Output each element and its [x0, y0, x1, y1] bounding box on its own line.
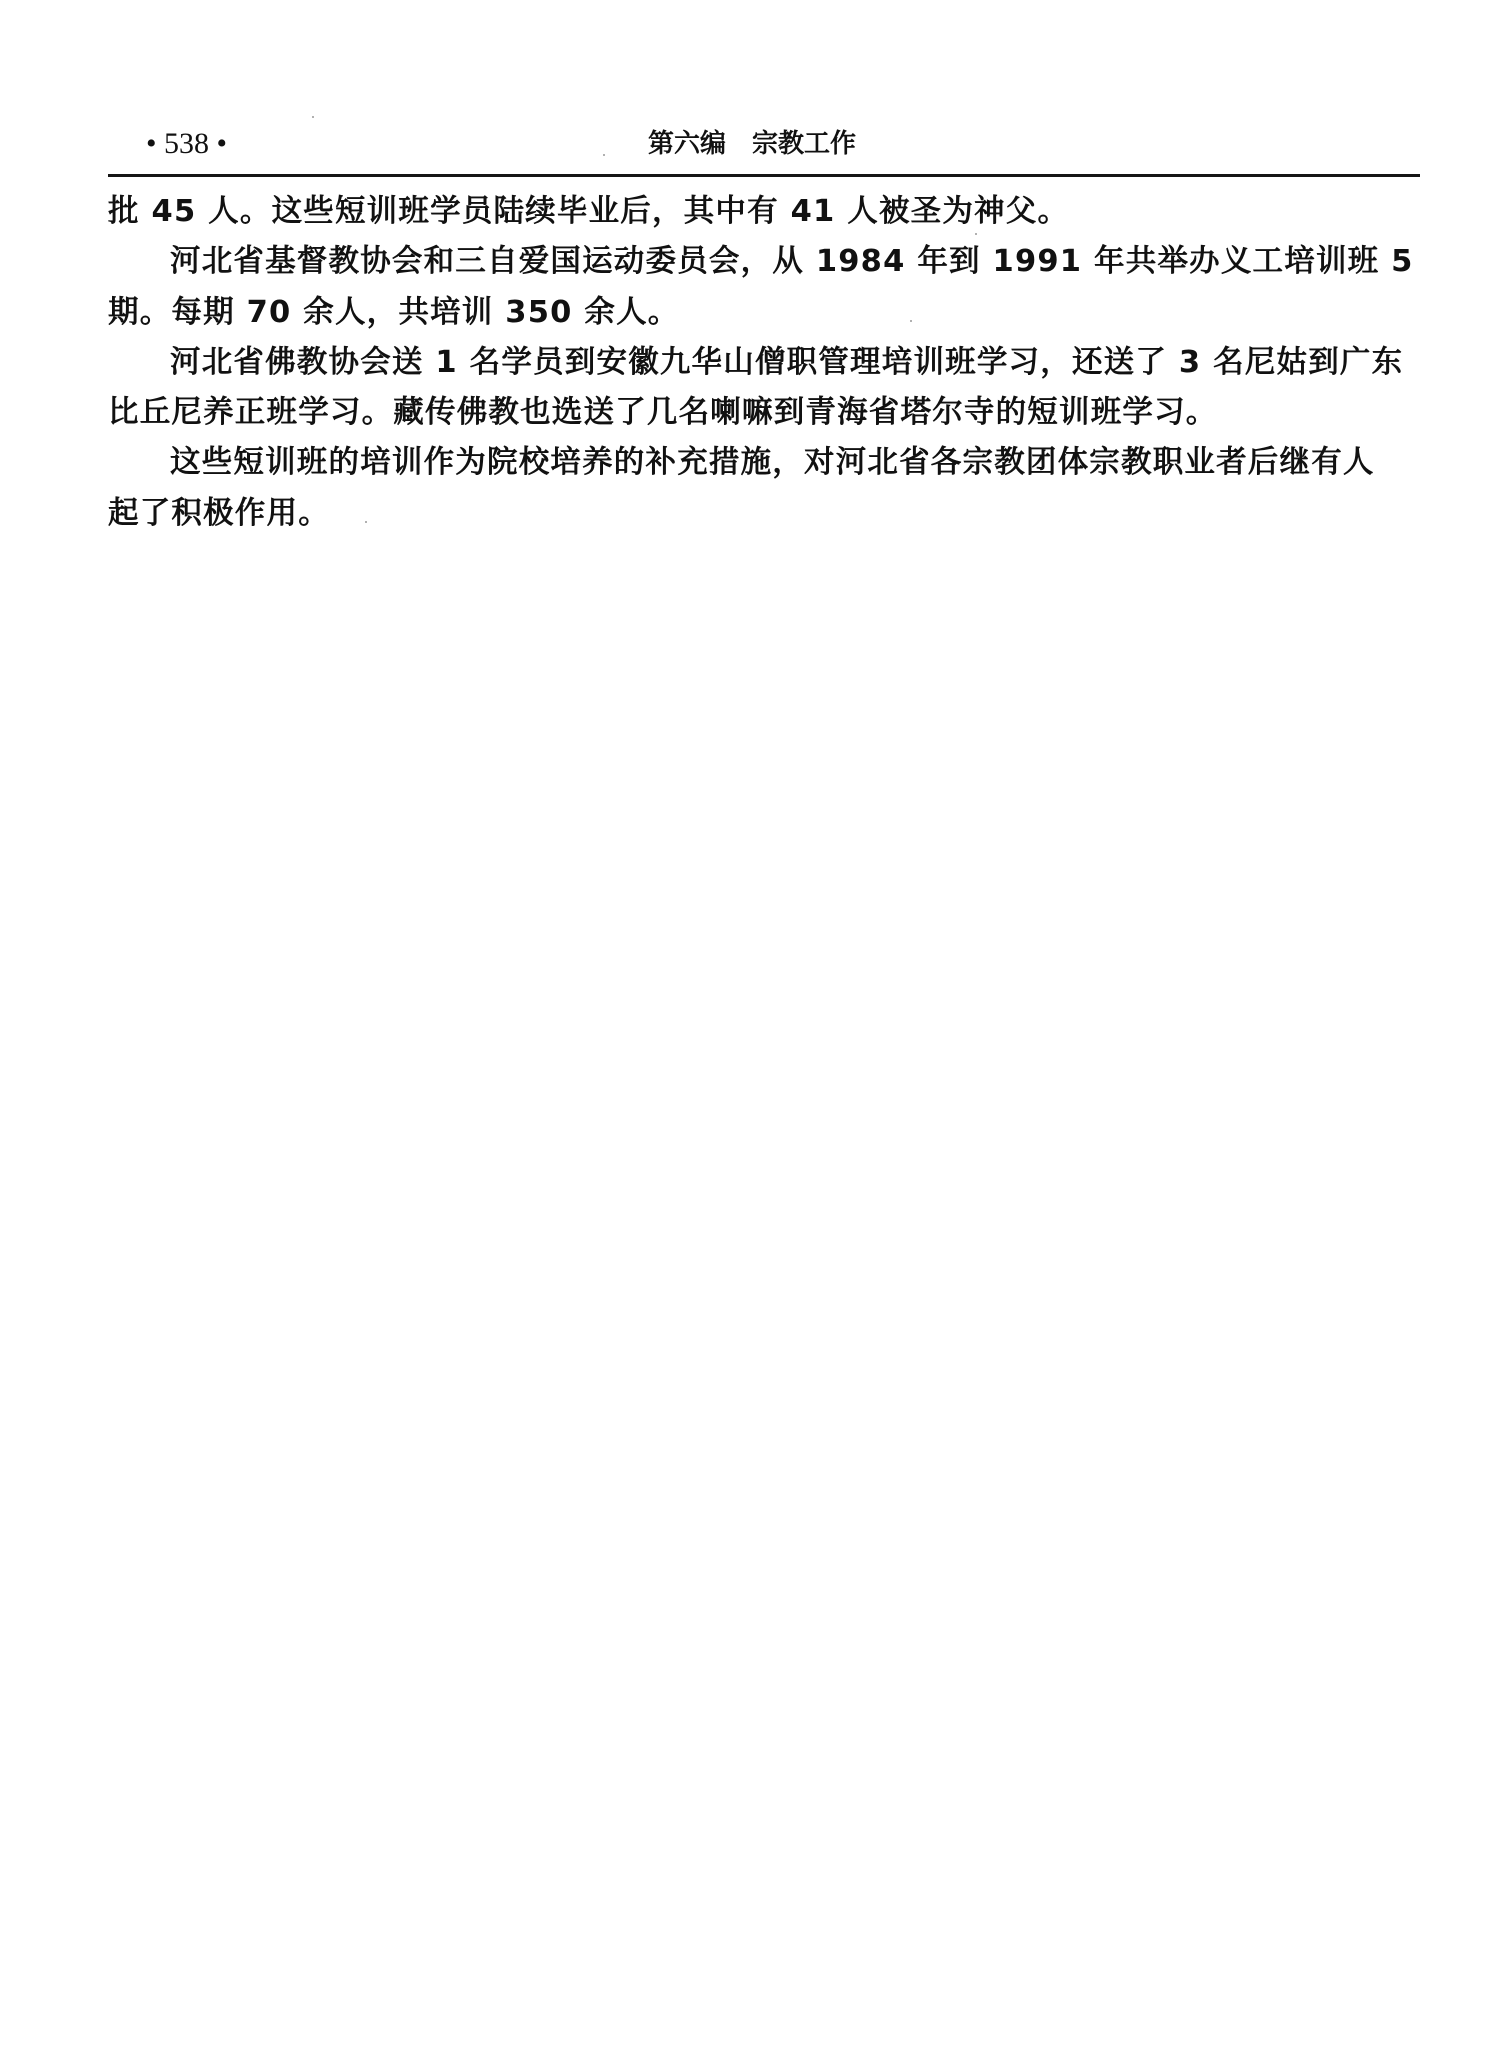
page-header: • 538 • 第六编 宗教工作: [108, 124, 1418, 164]
scan-speck: [910, 320, 912, 322]
body-text: 批 45 人。这些短训班学员陆续毕业后，其中有 41 人被圣为神父。 河北省基督…: [108, 187, 1420, 539]
text-line: 河北省基督教协会和三自爱国运动委员会，从 1984 年到 1991 年共举办义工…: [108, 237, 1420, 287]
scan-speck: [603, 154, 605, 156]
header-rule: [108, 174, 1420, 177]
scan-speck: [365, 521, 367, 523]
text-line: 起了积极作用。: [108, 489, 1420, 539]
text-line: 期。每期 70 余人，共培训 350 余人。: [108, 288, 1420, 338]
page-number: • 538 •: [146, 124, 227, 164]
text-line: 比丘尼养正班学习。藏传佛教也选送了几名喇嘛到青海省塔尔寺的短训班学习。: [108, 388, 1420, 438]
text-line: 河北省佛教协会送 1 名学员到安徽九华山僧职管理培训班学习，还送了 3 名尼姑到…: [108, 338, 1420, 388]
running-head: 第六编 宗教工作: [648, 124, 856, 164]
text-line: 批 45 人。这些短训班学员陆续毕业后，其中有 41 人被圣为神父。: [108, 187, 1420, 237]
scan-speck: [975, 233, 977, 235]
scan-speck: [312, 116, 314, 118]
text-line: 这些短训班的培训作为院校培养的补充措施，对河北省各宗教团体宗教职业者后继有人: [108, 438, 1420, 488]
